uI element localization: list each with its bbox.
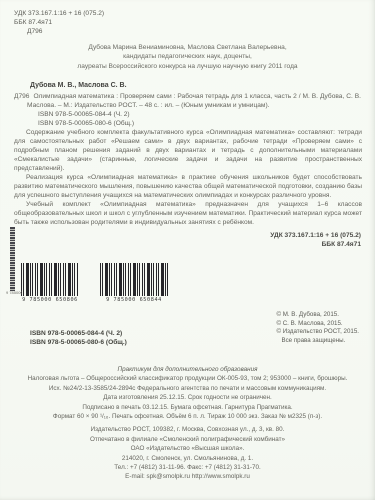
book-imprint-page: УДК 373.167.1:16 + 16 (075.2) ББК 87.4я7…: [0, 0, 375, 500]
imprint-publisher-address: Издательство РОСТ, 109382, г. Москва, Со…: [0, 425, 375, 434]
isbn-block: ISBN 978-5-00065-084-4 (Ч. 2) ISBN 978-5…: [30, 329, 127, 347]
udk-code: УДК 373.167.1:16 + 16 (075.2): [14, 9, 375, 18]
authors-credentials-block: Дубова Марина Вениаминовна, Маслова Свет…: [0, 43, 375, 71]
imprint-agency-line: Исх. №24/2-13-3585/24-2894с Федерального…: [0, 384, 375, 393]
barcode-number-left: 9 785000 650806: [21, 297, 79, 303]
annotation-paragraph-goals: Реализация курса «Олимпиадная математика…: [14, 173, 362, 200]
rights-reserved-note: Все права защищены.: [276, 337, 359, 346]
bbk-code-bottom: ББК 87.4я71: [0, 240, 361, 249]
printing-imprint-block: Практикум для дополнительного образовани…: [0, 365, 375, 482]
credits-line-degrees: кандидаты педагогических наук, доценты,: [0, 52, 375, 61]
classification-codes-bottom: УДК 373.167.1:16 + 16 (075.2) ББК 87.4я7…: [0, 231, 361, 249]
isbn-block-part: ISBN 978-5-00065-084-4 (Ч. 2): [30, 329, 127, 338]
imprint-printer-address: 214020, г. Смоленск, ул. Смольянинова, д…: [0, 454, 375, 463]
credits-line-authors: Дубова Марина Вениаминовна, Маслова Свет…: [0, 43, 375, 52]
catalog-entry-description: Д796Олимпиадная математика : Проверяем с…: [14, 92, 361, 110]
classification-codes-top: УДК 373.167.1:16 + 16 (075.2) ББК 87.4я7…: [14, 9, 375, 36]
side-barcode-icon: [10, 227, 15, 291]
annotation-paragraph-contents: Содержание учебного комплекта факультати…: [14, 128, 362, 173]
ean13-barcode-icon: [21, 263, 79, 296]
imprint-email-website: E-mail: spk@smolpk.ru http://www.smolpk.…: [0, 472, 375, 481]
barcode-group-right: 9 785000 650844: [100, 263, 168, 303]
series-note: Практикум для дополнительного образовани…: [0, 365, 375, 374]
imprint-print-date: Подписано в печать 03.12.15. Бумага офсе…: [0, 403, 375, 412]
isbn-block-common: ISBN 978-5-00065-080-6 (Общ.): [30, 338, 127, 347]
barcode-group-left: 9 785000 650806: [21, 263, 79, 303]
annotation-paragraph-audience: Учебный комплект «Олимпиадная математика…: [14, 200, 362, 227]
isbn-part-line: ISBN 978-5-00065-084-4 (Ч. 2): [38, 110, 375, 119]
catalog-entry-authors: Дубова М. В., Маслова С. В.: [30, 82, 375, 89]
credits-line-award: лауреаты Всероссийского конкурса на лучш…: [0, 62, 375, 71]
imprint-phone-fax: Тел.: +7 (4812) 31-11-96. Факс: +7 (4812…: [0, 463, 375, 472]
imprint-printed-at: Отпечатано в филиале «Смоленский полигра…: [0, 435, 375, 444]
imprint-format-line: Формат 60 × 90 ¹/₁₆. Печать офсетная. Об…: [0, 412, 375, 421]
udk-code-bottom: УДК 373.167.1:16 + 16 (075.2): [0, 231, 361, 240]
barcode-number-right: 9 785000 650844: [100, 297, 168, 303]
ean13-barcode-icon: [100, 263, 168, 296]
entry-bibliographic-text: Олимпиадная математика : Проверяем сами …: [27, 93, 361, 109]
copyright-author2: © С. В. Маслова, 2015.: [276, 320, 359, 329]
copyright-publisher: © Издательство РОСТ, 2015.: [276, 328, 359, 337]
copyright-author1: © М. В. Дубова, 2015.: [276, 311, 359, 320]
side-barcode-number: 9 785000 650806: [6, 290, 22, 295]
bbk-code: ББК 87.4я71: [14, 18, 375, 27]
entry-author-sign: Д796: [14, 93, 29, 100]
barcode-isbn-copyright-section: 9 785000 650806 9 785000 650844 © М. В. …: [0, 258, 375, 359]
copyright-block: © М. В. Дубова, 2015. © С. В. Маслова, 2…: [276, 311, 359, 346]
imprint-printing-company: ОАО «Издательство «Высшая школа».: [0, 444, 375, 453]
author-sign-code: Д796: [14, 27, 375, 36]
imprint-tax-line: Налоговая льгота – Общероссийский класси…: [0, 374, 375, 383]
isbn-common-line: ISBN 978-5-00065-080-6 (Общ.): [38, 119, 375, 128]
imprint-manufacture-date: Дата изготовления 25.12.15. Срок годност…: [0, 393, 375, 402]
